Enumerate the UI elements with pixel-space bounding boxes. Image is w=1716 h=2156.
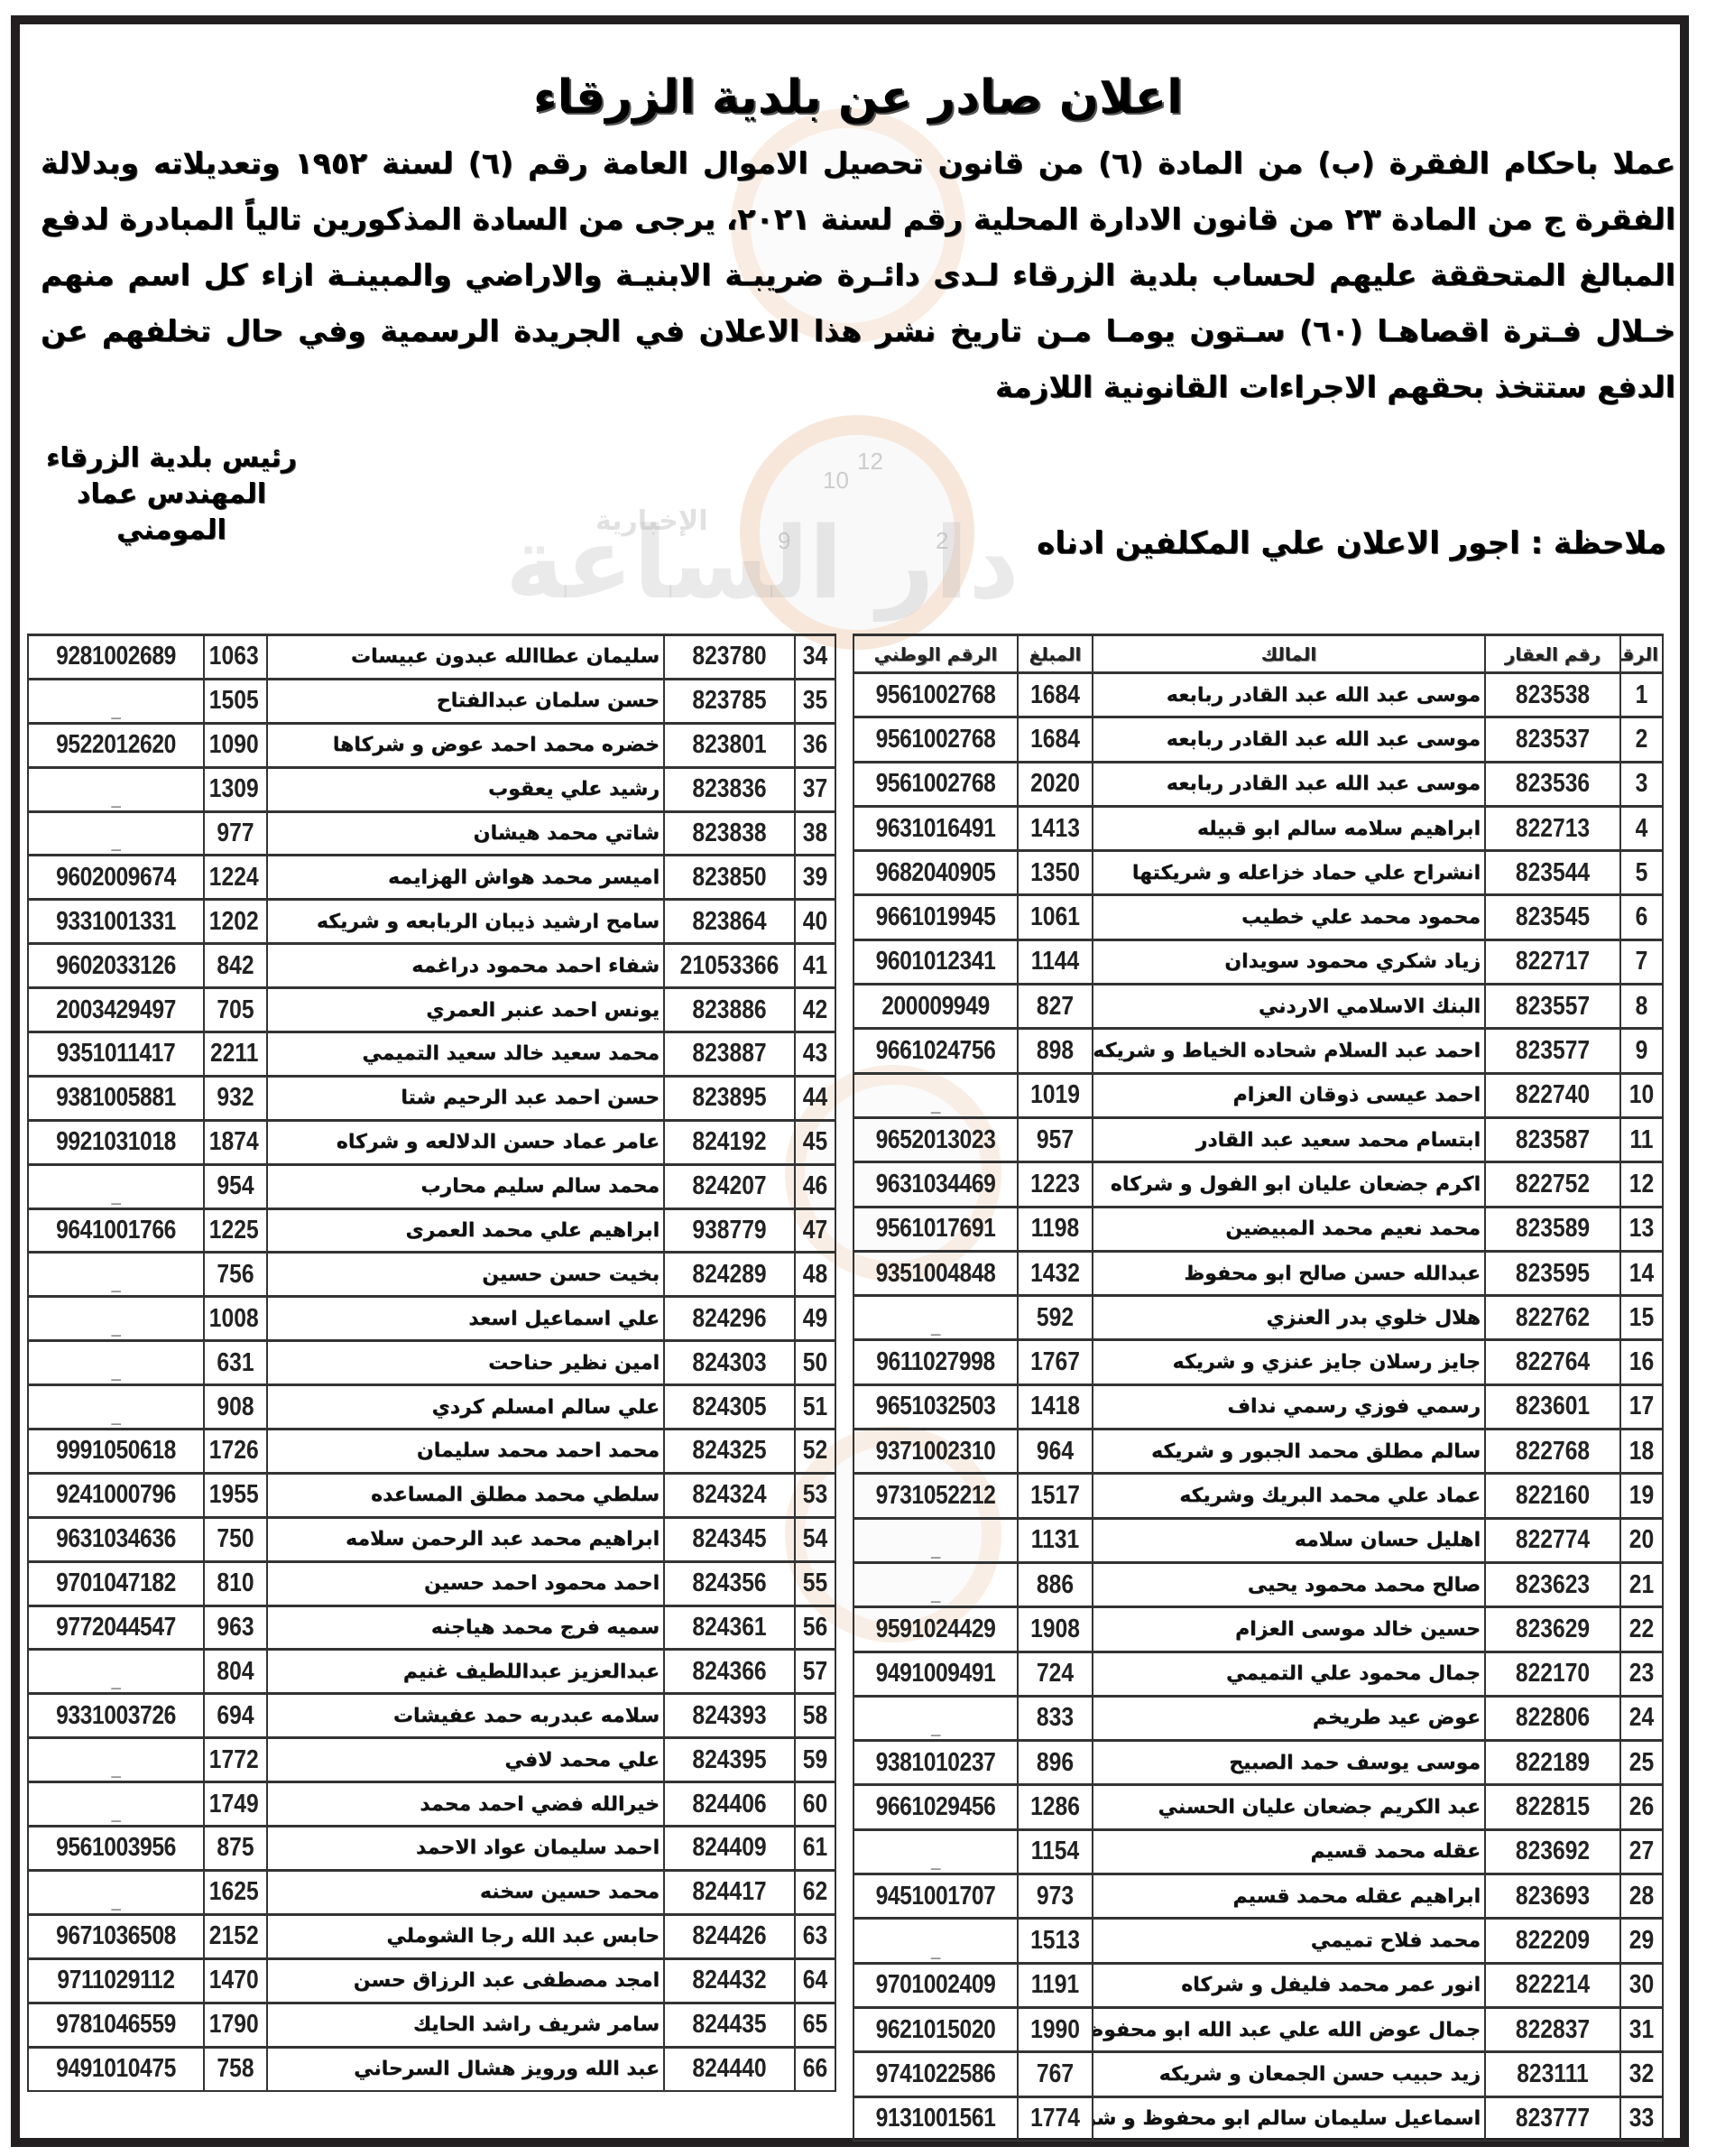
- amount: 705: [208, 988, 263, 1032]
- owner-name: بخيت حسن حسين: [267, 1253, 664, 1297]
- row-index: 6: [1624, 895, 1660, 939]
- table-row: 13823589محمد نعيم محمد المبيضين119895610…: [853, 1207, 1663, 1251]
- row-index: 52: [798, 1430, 832, 1474]
- row-index: 3: [1624, 762, 1660, 806]
- national-id: 9711029112: [42, 1958, 191, 2003]
- owner-name: ابراهيم سلامه سالم ابو قبيله: [1093, 806, 1485, 850]
- property-number: 823589: [1495, 1207, 1610, 1251]
- national-id: 9701002409: [866, 1963, 1006, 2007]
- property-number: 822209: [1495, 1919, 1610, 1963]
- row-index: 58: [798, 1694, 832, 1738]
- owner-name: اهليل حسان سلامه: [1093, 1518, 1485, 1562]
- amount: 1223: [1023, 1162, 1087, 1207]
- owner-name: محمد احمد محمد سليمان: [267, 1430, 664, 1474]
- table-body-right: 1823538موسى عبد الله عبد القادر ربابعه16…: [853, 673, 1663, 2142]
- amount: 2211: [208, 1032, 263, 1077]
- table-row: 49824296علي اسماعيل اسعد1008_: [28, 1297, 835, 1341]
- property-number: 823895: [674, 1076, 785, 1120]
- column-header-national-id: الرقم الوطني: [853, 635, 1018, 673]
- national-id: 9561002768: [866, 673, 1006, 717]
- national-id: 9601012341: [866, 939, 1006, 984]
- owner-name: سليمان عطاالله عبدون عبيسات: [267, 635, 664, 680]
- row-index: 55: [798, 1561, 832, 1605]
- owner-name: يونس احمد عنبر العمري: [267, 988, 664, 1032]
- national-id: 9131001561: [866, 2096, 1006, 2141]
- table-row: 5823544انشراح علي حماد خزاعله و شريكتها1…: [853, 851, 1663, 895]
- table-row: 24822806عوض عيد طريخم833_: [853, 1696, 1663, 1740]
- owner-name: عبدالعزيز عبداللطيف غنيم: [267, 1650, 664, 1694]
- national-id: 9661024756: [866, 1029, 1006, 1073]
- property-number: 823693: [1495, 1874, 1610, 1919]
- property-number: 823595: [1495, 1251, 1610, 1295]
- property-number: 824440: [674, 2047, 785, 2091]
- amount: 1505: [208, 679, 263, 723]
- amount: 810: [208, 1561, 263, 1605]
- property-number: 823780: [674, 635, 785, 680]
- table-row: 34823780سليمان عطاالله عبدون عبيسات10639…: [28, 635, 835, 680]
- owner-name: احمد عبد السلام شحاده الخياط و شريكه: [1093, 1029, 1485, 1073]
- amount: 592: [1023, 1296, 1087, 1340]
- owner-name: رسمي فوزي رسمي نداف: [1093, 1384, 1485, 1429]
- amount: 875: [208, 1827, 263, 1871]
- owner-name: سامر شريف راشد الحايك: [267, 2003, 664, 2047]
- row-index: 47: [798, 1208, 832, 1253]
- national-id: 9731052212: [866, 1474, 1006, 1518]
- row-index: 13: [1624, 1207, 1660, 1251]
- owner-name: عقله محمد قسيم: [1093, 1829, 1485, 1874]
- row-index: 8: [1624, 985, 1660, 1029]
- owner-name: عبد الله ورويز هشال السرحاني: [267, 2047, 664, 2091]
- row-index: 33: [1624, 2096, 1660, 2141]
- row-index: 5: [1624, 851, 1660, 895]
- owner-name: زيد حبيب حسن الجمعان و شريكه: [1093, 2052, 1485, 2096]
- national-id: 9331003726: [42, 1694, 191, 1738]
- table-row: 61824409احمد سليمان عواد الاحمد875956100…: [28, 1827, 835, 1871]
- row-index: 4: [1624, 806, 1660, 850]
- owner-name: حسن سلمان عبدالفتاح: [267, 679, 664, 723]
- owner-name: خيرالله فضي احمد محمد: [267, 1782, 664, 1827]
- amount: 1726: [208, 1430, 263, 1474]
- amount: 963: [208, 1605, 263, 1650]
- table-row: 11823587ابتسام محمد سعيد عبد القادر95796…: [853, 1117, 1663, 1161]
- table-row: 59824395علي محمد لافي1772_: [28, 1738, 835, 1782]
- table-row: 28823693ابراهيم عقله محمد قسيم9739451001…: [853, 1874, 1663, 1919]
- property-number: 822170: [1495, 1652, 1610, 1696]
- national-id: 9741022586: [866, 2052, 1006, 2096]
- owner-name: عبد الكريم جضعان عليان الحسني: [1093, 1785, 1485, 1829]
- national-id: 9381005881: [42, 1076, 191, 1120]
- national-id: _: [42, 679, 191, 723]
- national-id: 9772044547: [42, 1605, 191, 1650]
- property-number: 21053366: [674, 944, 785, 988]
- property-number: 823577: [1495, 1029, 1610, 1073]
- table-row: 46824207محمد سالم سليم محارب954_: [28, 1164, 835, 1208]
- amount: 804: [208, 1650, 263, 1694]
- row-index: 34: [798, 635, 832, 680]
- property-number: 822774: [1495, 1518, 1610, 1562]
- amount: 1131: [1023, 1518, 1087, 1562]
- owner-name: جمال عوض الله علي عبد الله ابو محفوظ: [1093, 2007, 1485, 2051]
- row-index: 61: [798, 1827, 832, 1871]
- amount: 908: [208, 1385, 263, 1430]
- property-number: 822717: [1495, 939, 1610, 984]
- table-row: 50824303امين نظير حناحت631_: [28, 1341, 835, 1385]
- table-row: 65824435سامر شريف راشد الحايك17909781046…: [28, 2003, 835, 2047]
- owner-name: عماد علي محمد البريك وشريكه: [1093, 1474, 1485, 1518]
- national-id: _: [42, 1164, 191, 1208]
- owner-name: امين نظير حناحت: [267, 1341, 664, 1385]
- amount: 1767: [1023, 1340, 1087, 1384]
- property-number: 938779: [674, 1208, 785, 1253]
- property-number: 823601: [1495, 1384, 1610, 1429]
- table-row: 51824305علي سالم امسلم كردي908_: [28, 1385, 835, 1430]
- table-row: 20822774اهليل حسان سلامه1131_: [853, 1518, 1663, 1562]
- table-row: 44823895حسن احمد عبد الرحيم شتا932938100…: [28, 1076, 835, 1120]
- column-header-amount: المبلغ: [1018, 635, 1093, 673]
- national-id: _: [42, 1738, 191, 1782]
- property-number: 823777: [1495, 2096, 1610, 2141]
- amount: 1144: [1023, 939, 1087, 984]
- table-row: 26822815عبد الكريم جضعان عليان الحسني128…: [853, 1785, 1663, 1829]
- amount: 756: [208, 1253, 263, 1297]
- owner-name: سامح ارشيد ذيبان الربابعه و شريكه: [267, 900, 664, 944]
- national-id: 9561002768: [866, 762, 1006, 806]
- table-row: 8823557البنك الاسلامي الاردني82720000994…: [853, 985, 1663, 1029]
- row-index: 25: [1624, 1741, 1660, 1785]
- owner-name: موسى عبد الله عبد القادر ربابعه: [1093, 762, 1485, 806]
- row-index: 16: [1624, 1340, 1660, 1384]
- table-row: 35823785حسن سلمان عبدالفتاح1505_: [28, 679, 835, 723]
- amount: 1749: [208, 1782, 263, 1827]
- table-row: 4822713ابراهيم سلامه سالم ابو قبيله14139…: [853, 806, 1663, 850]
- property-number: 822837: [1495, 2007, 1610, 2051]
- amount: 954: [208, 1164, 263, 1208]
- national-id: _: [42, 1385, 191, 1430]
- owner-name: محمد فلاح تميمي: [1093, 1919, 1485, 1963]
- property-number: 824296: [674, 1297, 785, 1341]
- property-number: 823623: [1495, 1562, 1610, 1606]
- table-row: 63824426حابس عبد الله رجا الشوملي2152967…: [28, 1914, 835, 1958]
- row-index: 7: [1624, 939, 1660, 984]
- row-index: 65: [798, 2003, 832, 2047]
- amount: 1772: [208, 1738, 263, 1782]
- amount: 1990: [1023, 2007, 1087, 2051]
- table-row: 23822170جمال محمود علي التميمي7249491009…: [853, 1652, 1663, 1696]
- national-id: 9631016491: [866, 806, 1006, 850]
- row-index: 20: [1624, 1518, 1660, 1562]
- national-id: _: [42, 1297, 191, 1341]
- national-id: 9491010475: [42, 2047, 191, 2091]
- national-id: 9561003956: [42, 1827, 191, 1871]
- table-row: 40823864سامح ارشيد ذيبان الربابعه و شريك…: [28, 900, 835, 944]
- property-number: 824417: [674, 1870, 785, 1914]
- property-number: 823836: [674, 767, 785, 811]
- national-id: _: [42, 1253, 191, 1297]
- table-row: 18822768سالم مطلق محمد الجبور و شريكه964…: [853, 1430, 1663, 1474]
- table-row: 47938779ابراهيم علي محمد العمرى122596410…: [28, 1208, 835, 1253]
- row-index: 15: [1624, 1296, 1660, 1340]
- row-index: 26: [1624, 1785, 1660, 1829]
- national-id: _: [42, 811, 191, 856]
- owner-name: شاتي محمد هيشان: [267, 811, 664, 856]
- property-number: 824324: [674, 1473, 785, 1517]
- national-id: _: [42, 1650, 191, 1694]
- property-number: 824361: [674, 1605, 785, 1650]
- row-index: 1: [1624, 673, 1660, 717]
- row-index: 63: [798, 1914, 832, 1958]
- national-id: 9651032503: [866, 1384, 1006, 1429]
- owner-name: موسى يوسف حمد الصبيح: [1093, 1741, 1485, 1785]
- row-index: 48: [798, 1253, 832, 1297]
- property-tax-table-right: الرقم رقم العقار المالك المبلغ الرقم الو…: [853, 634, 1664, 2142]
- property-number: 822214: [1495, 1963, 1610, 2007]
- property-number: 824303: [674, 1341, 785, 1385]
- table-row: 64824432امجد مصطفى عبد الرزاق حسن1470971…: [28, 1958, 835, 2003]
- amount: 1874: [208, 1120, 263, 1164]
- national-id: _: [42, 1341, 191, 1385]
- amount: 1191: [1023, 1963, 1087, 2007]
- amount: 932: [208, 1076, 263, 1120]
- property-number: 824406: [674, 1782, 785, 1827]
- amount: 2152: [208, 1914, 263, 1958]
- row-index: 27: [1624, 1829, 1660, 1874]
- row-index: 60: [798, 1782, 832, 1827]
- property-number: 822806: [1495, 1696, 1610, 1740]
- row-index: 17: [1624, 1384, 1660, 1429]
- row-index: 29: [1624, 1919, 1660, 1963]
- property-number: 823801: [674, 723, 785, 767]
- property-number: 823785: [674, 679, 785, 723]
- amount: 896: [1023, 1741, 1087, 1785]
- row-index: 23: [1624, 1652, 1660, 1696]
- row-index: 11: [1624, 1117, 1660, 1161]
- national-id: 9491009491: [866, 1652, 1006, 1696]
- signature-block: رئيس بلدية الزرقاء المهندس عماد المومني: [36, 440, 307, 549]
- owner-name: سلطي محمد مطلق المساعده: [267, 1473, 664, 1517]
- table-row: 27823692عقله محمد قسيم1154_: [853, 1829, 1663, 1874]
- national-id: _: [866, 1562, 1006, 1606]
- row-index: 62: [798, 1870, 832, 1914]
- table-row: 52824325محمد احمد محمد سليمان17269991050…: [28, 1430, 835, 1474]
- amount: 1790: [208, 2003, 263, 2047]
- national-id: 200009949: [866, 985, 1006, 1029]
- property-number: 824345: [674, 1517, 785, 1561]
- property-number: 823536: [1495, 762, 1610, 806]
- amount: 957: [1023, 1117, 1087, 1161]
- table-row: 16822764جايز رسلان جايز عنزي و شريكه1767…: [853, 1340, 1663, 1384]
- national-id: _: [42, 1870, 191, 1914]
- owner-name: سميه فرج محمد هياجنه: [267, 1605, 664, 1650]
- amount: 1517: [1023, 1474, 1087, 1518]
- row-index: 19: [1624, 1474, 1660, 1518]
- property-number: 824356: [674, 1561, 785, 1605]
- amount: 1350: [1023, 851, 1087, 895]
- owner-name: حابس عبد الله رجا الشوملي: [267, 1914, 664, 1958]
- property-number: 823887: [674, 1032, 785, 1077]
- owner-name: احمد محمود احمد حسين: [267, 1561, 664, 1605]
- row-index: 51: [798, 1385, 832, 1430]
- property-tax-table-left: 34823780سليمان عطاالله عبدون عبيسات10639…: [27, 634, 836, 2092]
- row-index: 56: [798, 1605, 832, 1650]
- owner-name: البنك الاسلامي الاردني: [1093, 985, 1485, 1029]
- national-id: 9621015020: [866, 2007, 1006, 2051]
- row-index: 45: [798, 1120, 832, 1164]
- national-id: 9652013023: [866, 1117, 1006, 1161]
- national-id: 9381010237: [866, 1741, 1006, 1785]
- owner-name: خضره محمد احمد عوض و شركاها: [267, 723, 664, 767]
- owner-name: علي اسماعيل اسعد: [267, 1297, 664, 1341]
- row-index: 46: [798, 1164, 832, 1208]
- table-row: 4121053366شفاء احمد محمود دراغمه84296020…: [28, 944, 835, 988]
- property-number: 823538: [1495, 673, 1610, 717]
- row-index: 41: [798, 944, 832, 988]
- amount: 977: [208, 811, 263, 856]
- property-number: 823692: [1495, 1829, 1610, 1874]
- property-number: 823864: [674, 900, 785, 944]
- row-index: 22: [1624, 1607, 1660, 1652]
- national-id: _: [866, 1829, 1006, 1874]
- owner-name: عبدالله حسن صالح ابو محفوظ: [1093, 1251, 1485, 1295]
- amount: 2020: [1023, 762, 1087, 806]
- property-number: 822740: [1495, 1073, 1610, 1117]
- amount: 898: [1023, 1029, 1087, 1073]
- row-index: 32: [1624, 2052, 1660, 2096]
- row-index: 9: [1624, 1029, 1660, 1073]
- row-index: 43: [798, 1032, 832, 1077]
- national-id: 2003429497: [42, 988, 191, 1032]
- table-row: 25822189موسى يوسف حمد الصبيح896938101023…: [853, 1741, 1663, 1785]
- national-id: 9281002689: [42, 635, 191, 680]
- owner-name: ابراهيم عقله محمد قسيم: [1093, 1874, 1485, 1919]
- row-index: 38: [798, 811, 832, 856]
- table-body-left: 34823780سليمان عطاالله عبدون عبيسات10639…: [28, 635, 835, 2091]
- amount: 1286: [1023, 1785, 1087, 1829]
- owner-name: ابتسام محمد سعيد عبد القادر: [1093, 1117, 1485, 1161]
- amount: 750: [208, 1517, 263, 1561]
- amount: 1061: [1023, 895, 1087, 939]
- national-id: 9371002310: [866, 1430, 1006, 1474]
- row-index: 53: [798, 1473, 832, 1517]
- national-id: _: [866, 1696, 1006, 1740]
- owner-name: علي محمد لافي: [267, 1738, 664, 1782]
- property-number: 824325: [674, 1430, 785, 1474]
- national-id: _: [42, 1782, 191, 1827]
- property-number: 822762: [1495, 1296, 1610, 1340]
- national-id: 9351004848: [866, 1251, 1006, 1295]
- table-row: 53824324سلطي محمد مطلق المساعده195592410…: [28, 1473, 835, 1517]
- table-row: 1823538موسى عبد الله عبد القادر ربابعه16…: [853, 673, 1663, 717]
- owner-name: جمال محمود علي التميمي: [1093, 1652, 1485, 1696]
- national-id: 9602033126: [42, 944, 191, 988]
- table-row: 48824289بخيت حسن حسين756_: [28, 1253, 835, 1297]
- property-number: 822713: [1495, 806, 1610, 850]
- property-number: 824432: [674, 1958, 785, 2003]
- table-row: 3823536موسى عبد الله عبد القادر ربابعه20…: [853, 762, 1663, 806]
- table-row: 19822160عماد علي محمد البريك وشريكه15179…: [853, 1474, 1663, 1518]
- owner-name: هلال خلوي بدر العنزي: [1093, 1296, 1485, 1340]
- amount: 842: [208, 944, 263, 988]
- national-id: 9561017691: [866, 1207, 1006, 1251]
- amount: 1625: [208, 1870, 263, 1914]
- national-id: 9991050618: [42, 1430, 191, 1474]
- table-row: 42823886يونس احمد عنبر العمري70520034294…: [28, 988, 835, 1032]
- amount: 1198: [1023, 1207, 1087, 1251]
- national-id: 9682040905: [866, 851, 1006, 895]
- owner-name: احمد سليمان عواد الاحمد: [267, 1827, 664, 1871]
- property-number: 823838: [674, 811, 785, 856]
- national-id: 9351011417: [42, 1032, 191, 1077]
- table-header-row: الرقم رقم العقار المالك المبلغ الرقم الو…: [853, 635, 1663, 673]
- national-id: _: [866, 1073, 1006, 1117]
- table-row: 2823537موسى عبد الله عبد القادر ربابعه16…: [853, 717, 1663, 762]
- row-index: 59: [798, 1738, 832, 1782]
- row-index: 31: [1624, 2007, 1660, 2051]
- property-number: 824426: [674, 1914, 785, 1958]
- row-index: 30: [1624, 1963, 1660, 2007]
- announcement-title: اعلان صادر عن بلدية الزرقاء: [0, 70, 1716, 125]
- property-number: 823545: [1495, 895, 1610, 939]
- table-row: 17823601رسمي فوزي رسمي نداف1418965103250…: [853, 1384, 1663, 1429]
- amount: 694: [208, 1694, 263, 1738]
- owner-name: ابراهيم علي محمد العمرى: [267, 1208, 664, 1253]
- table-row: 55824356احمد محمود احمد حسين810970104718…: [28, 1561, 835, 1605]
- row-index: 35: [798, 679, 832, 723]
- row-index: 37: [798, 767, 832, 811]
- row-index: 50: [798, 1341, 832, 1385]
- row-index: 42: [798, 988, 832, 1032]
- owner-name: محمد حسين سخنه: [267, 1870, 664, 1914]
- table-row: 29822209محمد فلاح تميمي1513_: [853, 1919, 1663, 1963]
- national-id: 9781046559: [42, 2003, 191, 2047]
- national-id: 9331001331: [42, 900, 191, 944]
- table-row: 58824393سلامه عبدربه حمد عفيشات694933100…: [28, 1694, 835, 1738]
- property-number: 824289: [674, 1253, 785, 1297]
- table-row: 6823545محمود محمد علي خطيب10619661019945: [853, 895, 1663, 939]
- amount: 1470: [208, 1958, 263, 2003]
- table-row: 21823623صالح محمد محمود يحيى886_: [853, 1562, 1663, 1606]
- table-row: 32823111زيد حبيب حسن الجمعان و شريكه7679…: [853, 2052, 1663, 2096]
- row-index: 12: [1624, 1162, 1660, 1207]
- national-id: 9241000796: [42, 1473, 191, 1517]
- table-row: 62824417محمد حسين سخنه1625_: [28, 1870, 835, 1914]
- amount: 1225: [208, 1208, 263, 1253]
- table-row: 54824345ابراهيم محمد عبد الرحمن سلامه750…: [28, 1517, 835, 1561]
- national-id: _: [866, 1296, 1006, 1340]
- row-index: 24: [1624, 1696, 1660, 1740]
- property-number: 824192: [674, 1120, 785, 1164]
- signature-title: رئيس بلدية الزرقاء: [36, 440, 307, 477]
- amount: 1774: [1023, 2096, 1087, 2141]
- national-id: 9631034636: [42, 1517, 191, 1561]
- amount: 1684: [1023, 717, 1087, 762]
- property-number: 822752: [1495, 1162, 1610, 1207]
- owner-name: صالح محمد محمود يحيى: [1093, 1562, 1485, 1606]
- owner-name: انور عمر محمد فليفل و شركاه: [1093, 1963, 1485, 2007]
- owner-name: موسى عبد الله عبد القادر ربابعه: [1093, 717, 1485, 762]
- national-id: 9661019945: [866, 895, 1006, 939]
- row-index: 66: [798, 2047, 832, 2091]
- owner-name: حسن احمد عبد الرحيم شتا: [267, 1076, 664, 1120]
- amount: 886: [1023, 1562, 1087, 1606]
- amount: 1202: [208, 900, 263, 944]
- property-number: 823544: [1495, 851, 1610, 895]
- owner-name: احمد عيسى ذوقان العزام: [1093, 1073, 1485, 1117]
- table-row: 15822762هلال خلوي بدر العنزي592_: [853, 1296, 1663, 1340]
- row-index: 14: [1624, 1251, 1660, 1295]
- table-row: 66824440عبد الله ورويز هشال السرحاني7589…: [28, 2047, 835, 2091]
- owner-name: اميسر محمد هواش الهزايمه: [267, 856, 664, 900]
- amount: 767: [1023, 2052, 1087, 2096]
